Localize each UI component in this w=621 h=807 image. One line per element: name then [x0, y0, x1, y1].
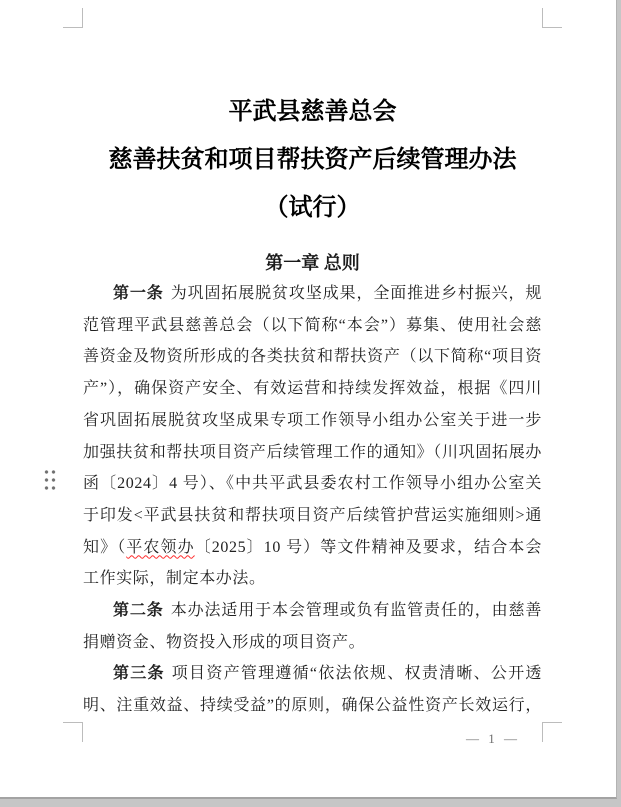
body-line: 第三条项目资产管理遵循“依法依规、权责清晰、公开透	[83, 658, 542, 690]
body-line: 于印发<平武县扶贫和帮扶项目资产后续管护营运实施细则>通	[83, 500, 542, 532]
body-line: 第二条本办法适用于本会管理或负有监管责任的，由慈善	[83, 595, 542, 627]
body-text: 第一条为巩固拓展脱贫攻坚成果，全面推进乡村振兴，规 范管理平武县慈善总会（以下简…	[83, 278, 542, 722]
body-line: 产”），确保资产安全、有效运营和持续发挥效益，根据《四川	[83, 373, 542, 405]
document-page[interactable]: 平武县慈善总会 慈善扶贫和项目帮扶资产后续管理办法 （试行） 第一章 总则 第一…	[0, 0, 617, 799]
title-line-1: 平武县慈善总会	[83, 88, 542, 136]
title-line-2: 慈善扶贫和项目帮扶资产后续管理办法	[83, 136, 542, 184]
body-line-text: 函〔2024〕4 号）、《中共平武县委农村工作领导小组办公室关	[83, 475, 542, 492]
body-line: 工作实际，制定本办法。	[83, 563, 542, 595]
body-line-text: 范管理平武县慈善总会（以下简称“本会”）募集、使用社会慈	[83, 317, 542, 334]
body-line: 善资金及物资所形成的各类扶贫和帮扶资产（以下简称“项目资	[83, 341, 542, 373]
body-line-text: 知》（	[83, 539, 126, 556]
body-line: 捐赠资金、物资投入形成的项目资产。	[83, 627, 542, 659]
crop-mark-top-left-icon	[63, 8, 83, 28]
body-line-text: 项目资产管理遵循“依法依规、权责清晰、公开透	[172, 665, 542, 682]
article-number: 第一条	[113, 285, 164, 302]
body-line-text: 为巩固拓展脱贫攻坚成果，全面推进乡村振兴，规	[171, 285, 542, 302]
body-line-text: 产”），确保资产安全、有效运营和持续发挥效益，根据《四川	[83, 380, 542, 397]
body-line-text: 捐赠资金、物资投入形成的项目资产。	[83, 634, 365, 651]
article-number: 第三条	[113, 665, 165, 682]
spellcheck-marked-text: 平农领办	[126, 539, 194, 556]
body-line-text: 明、注重效益、持续受益”的原则，确保公益性资产长效运行，	[83, 697, 542, 714]
body-line: 范管理平武县慈善总会（以下简称“本会”）募集、使用社会慈	[83, 310, 542, 342]
text-column: 平武县慈善总会 慈善扶贫和项目帮扶资产后续管理办法 （试行） 第一章 总则 第一…	[83, 28, 542, 722]
page-number: — 1 —	[0, 731, 520, 747]
chapter-heading: 第一章 总则	[83, 248, 542, 278]
body-line-text: 〔2025〕10 号）等文件精神及要求，结合本会	[195, 539, 542, 556]
body-line-text: 本办法适用于本会管理或负有监管责任的，由慈善	[171, 602, 542, 619]
body-line: 省巩固拓展脱贫攻坚成果专项工作领导小组办公室关于进一步	[83, 405, 542, 437]
body-line: 明、注重效益、持续受益”的原则，确保公益性资产长效运行，	[83, 690, 542, 722]
crop-mark-top-right-icon	[542, 8, 562, 28]
crop-mark-bottom-right-icon	[542, 722, 562, 742]
body-line-text: 加强扶贫和帮扶项目资产后续管理工作的通知》（川巩固拓展办	[83, 444, 542, 461]
anchor-dots-icon	[43, 468, 57, 491]
body-line: 第一条为巩固拓展脱贫攻坚成果，全面推进乡村振兴，规	[83, 278, 542, 310]
body-line: 知》（平农领办〔2025〕10 号）等文件精神及要求，结合本会	[83, 532, 542, 564]
body-line-text: 省巩固拓展脱贫攻坚成果专项工作领导小组办公室关于进一步	[83, 412, 542, 429]
app-background: { "document": { "title_lines": { "line1"…	[0, 0, 621, 807]
body-line-text: 善资金及物资所形成的各类扶贫和帮扶资产（以下简称“项目资	[83, 348, 542, 365]
body-line-text: 工作实际，制定本办法。	[83, 570, 266, 587]
document-title: 平武县慈善总会 慈善扶贫和项目帮扶资产后续管理办法 （试行）	[83, 88, 542, 232]
body-line: 加强扶贫和帮扶项目资产后续管理工作的通知》（川巩固拓展办	[83, 437, 542, 469]
body-line: 函〔2024〕4 号）、《中共平武县委农村工作领导小组办公室关	[83, 468, 542, 500]
title-line-3: （试行）	[83, 184, 542, 232]
article-number: 第二条	[113, 602, 164, 619]
body-line-text: 于印发<平武县扶贫和帮扶项目资产后续管护营运实施细则>通	[83, 507, 542, 524]
